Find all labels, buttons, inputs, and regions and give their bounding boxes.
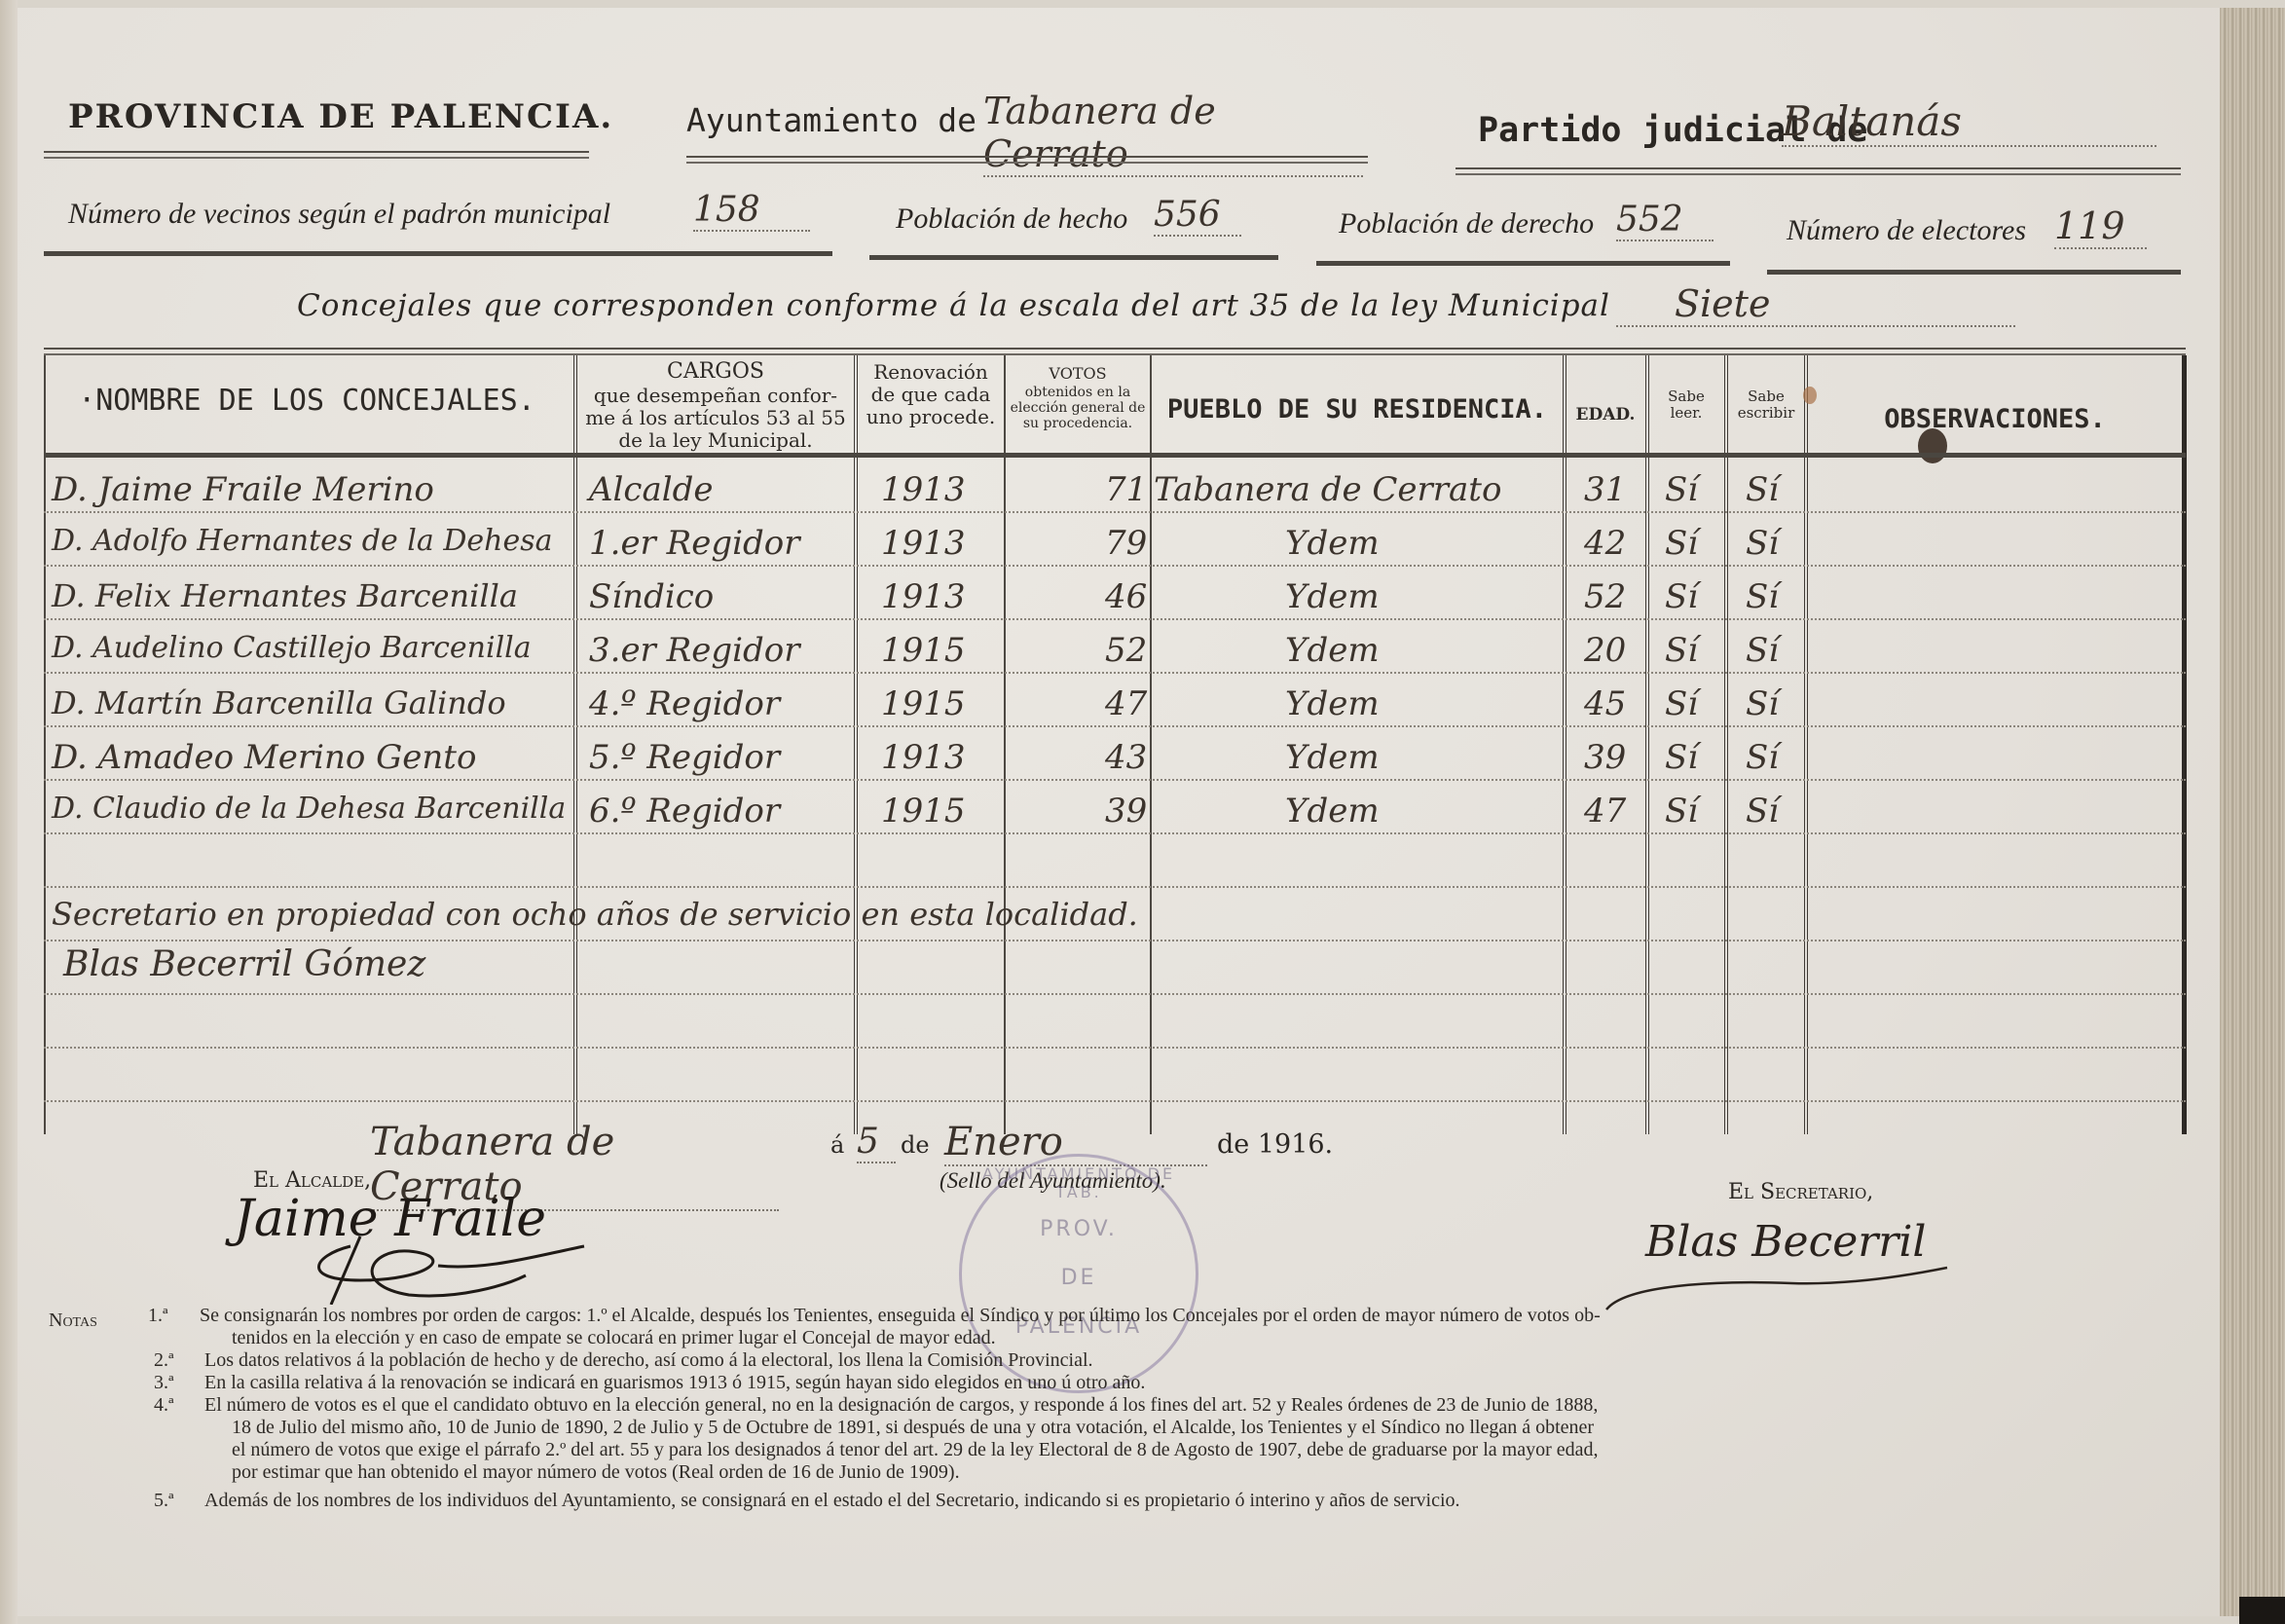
- cell-edad: 39: [1584, 738, 1626, 777]
- col-divider: [573, 355, 577, 1134]
- notes-label: Notas: [49, 1310, 97, 1332]
- cell-renovacion: 1913: [881, 577, 966, 616]
- cell-renovacion: 1913: [881, 738, 966, 777]
- row-separator: [44, 565, 2186, 567]
- cell-escribir: Sí: [1746, 524, 1779, 563]
- cell-renovacion: 1915: [881, 792, 966, 830]
- col-divider: [1150, 355, 1152, 1134]
- note-4-cont-2: el número de votos que exige el párrafo …: [232, 1439, 1599, 1461]
- note-4-cont-1: 18 de Julio del mismo año, 10 de Junio d…: [232, 1417, 1594, 1439]
- note-4: El número de votos es el que el candidat…: [204, 1394, 1598, 1417]
- cell-nombre: D. Martín Barcenilla Galindo: [52, 684, 506, 721]
- cell-cargo: 4.º Regidor: [589, 684, 780, 723]
- col-divider: [1004, 355, 1006, 1134]
- cell-edad: 42: [1584, 524, 1626, 563]
- row-separator: [44, 511, 2186, 513]
- cell-leer: Sí: [1665, 631, 1698, 670]
- stamp-ring-text: AYUNTAMIENTO DE TAB.: [962, 1164, 1196, 1201]
- derecho-rule: [1316, 261, 1730, 266]
- header-sabe-leer: Sabe leer.: [1650, 388, 1722, 423]
- ayuntamiento-rule: [686, 156, 1368, 164]
- cell-pueblo: Ydem: [1285, 524, 1380, 563]
- cell-leer: Sí: [1665, 524, 1698, 563]
- row-separator: [44, 940, 2186, 941]
- cell-votos: 52: [1105, 631, 1147, 670]
- electores-label: Número de electores: [1787, 214, 2026, 247]
- ayuntamiento-label: Ayuntamiento de: [686, 101, 977, 139]
- cell-escribir: Sí: [1746, 577, 1779, 616]
- col-divider: [854, 355, 858, 1134]
- cell-nombre: D. Amadeo Merino Gento: [52, 738, 476, 777]
- cell-cargo: 6.º Regidor: [589, 792, 780, 830]
- secretario-signature: Blas Becerril: [1645, 1217, 1926, 1267]
- electores-value: 119: [2054, 204, 2147, 249]
- cell-renovacion: 1913: [881, 524, 966, 563]
- cell-leer: Sí: [1665, 738, 1698, 777]
- cell-pueblo: Tabanera de Cerrato: [1154, 470, 1501, 509]
- note-3: En la casilla relativa á la renovación s…: [204, 1372, 1145, 1394]
- electores-rule: [1767, 270, 2181, 275]
- derecho-value: 552: [1616, 200, 1714, 241]
- cell-pueblo: Ydem: [1285, 631, 1380, 670]
- vecinos-label: Número de vecinos según el padrón munici…: [68, 198, 610, 231]
- row-separator: [44, 832, 2186, 834]
- cell-edad: 31: [1584, 470, 1626, 509]
- cell-renovacion: 1915: [881, 684, 966, 723]
- cell-votos: 79: [1105, 524, 1147, 563]
- cell-votos: 43: [1105, 738, 1147, 777]
- concejales-label: Concejales que corresponden conforme á l…: [297, 288, 1610, 323]
- hecho-rule: [869, 255, 1278, 260]
- cell-nombre: D. Claudio de la Dehesa Barcenilla: [52, 792, 566, 826]
- secretario-name: Blas Becerril Gómez: [63, 944, 425, 984]
- footer-year: de 1916.: [1217, 1129, 1333, 1160]
- alcalde-rubric-icon: [292, 1227, 701, 1305]
- note-2-number: 2.ª: [154, 1349, 174, 1372]
- cell-nombre: D. Jaime Fraile Merino: [52, 470, 434, 509]
- header-observaciones: OBSERVACIONES.: [1808, 404, 2182, 434]
- row-separator: [44, 1047, 2186, 1049]
- ayuntamiento-value: Tabanera de Cerrato: [983, 90, 1363, 177]
- note-5-number: 5.ª: [154, 1490, 174, 1512]
- header-cargos-sub: que desempeñan confor- me á los artículo…: [579, 385, 852, 452]
- row-separator: [44, 1100, 2186, 1102]
- note-2: Los datos relativos á la población de he…: [204, 1349, 1093, 1372]
- cell-leer: Sí: [1665, 577, 1698, 616]
- header-votos-title: VOTOS: [1008, 365, 1148, 383]
- note-1: Se consignarán los nombres por orden de …: [200, 1305, 1601, 1327]
- note-4-cont-3: por estimar que han obtenido el mayor nú…: [232, 1461, 960, 1484]
- header-renovacion: Renovación de que cada uno procede.: [860, 361, 1002, 428]
- cell-cargo: Alcalde: [589, 470, 714, 509]
- cell-nombre: D. Adolfo Hernantes de la Dehesa: [52, 524, 552, 558]
- header-pueblo: PUEBLO DE SU RESIDENCIA.: [1154, 394, 1561, 424]
- cell-edad: 52: [1584, 577, 1626, 616]
- cell-escribir: Sí: [1746, 738, 1779, 777]
- cell-leer: Sí: [1665, 470, 1698, 509]
- vecinos-value: 158: [693, 190, 810, 232]
- header-cargos-title: CARGOS: [579, 359, 852, 384]
- concejales-value: Siete: [1616, 282, 2015, 327]
- secretario-label: El Secretario,: [1728, 1180, 1873, 1204]
- header-nombre: ·NOMBRE DE LOS CONCEJALES.: [54, 385, 560, 419]
- cell-edad: 20: [1584, 631, 1626, 670]
- col-divider: [1645, 355, 1649, 1134]
- cell-escribir: Sí: [1746, 631, 1779, 670]
- ink-stain: [1803, 387, 1817, 404]
- header-votos-sub: obtenidos en la elección general de su p…: [1008, 385, 1148, 431]
- cell-edad: 47: [1584, 792, 1626, 830]
- col-divider: [1804, 355, 1808, 1134]
- row-separator: [44, 886, 2186, 888]
- cell-votos: 46: [1105, 577, 1147, 616]
- note-1-cont: tenidos en la elección y en caso de empa…: [232, 1327, 996, 1349]
- cell-pueblo: Ydem: [1285, 577, 1380, 616]
- cell-escribir: Sí: [1746, 792, 1779, 830]
- row-separator: [44, 725, 2186, 727]
- book-corner: [2239, 1597, 2285, 1624]
- table-border-left: [44, 355, 46, 1134]
- partido-rule: [1456, 167, 2181, 175]
- hecho-value: 556: [1154, 195, 1241, 237]
- note-3-number: 3.ª: [154, 1372, 174, 1394]
- ink-blot: [1918, 428, 1947, 463]
- cell-nombre: D. Felix Hernantes Barcenilla: [52, 577, 518, 614]
- table-border-right: [2182, 355, 2187, 1134]
- province-title: PROVINCIA DE PALENCIA.: [68, 97, 613, 136]
- cell-cargo: 3.er Regidor: [589, 631, 799, 670]
- cell-edad: 45: [1584, 684, 1626, 723]
- col-divider: [1724, 355, 1728, 1134]
- row-separator: [44, 993, 2186, 995]
- cell-votos: 47: [1105, 684, 1147, 723]
- partido-value: Baltanás: [1782, 97, 2156, 147]
- header-sabe-escribir: Sabe escribir: [1729, 388, 1803, 423]
- secretario-note: Secretario en propiedad con ocho años de…: [52, 896, 1138, 933]
- footer-day: 5: [857, 1122, 896, 1163]
- footer-de: de: [901, 1131, 930, 1159]
- col-divider: [1563, 355, 1566, 1134]
- cell-renovacion: 1913: [881, 470, 966, 509]
- cell-escribir: Sí: [1746, 684, 1779, 723]
- derecho-label: Población de derecho: [1339, 207, 1594, 240]
- table-top-rule: [44, 348, 2186, 355]
- cell-escribir: Sí: [1746, 470, 1779, 509]
- header-bottom-rule: [44, 453, 2186, 458]
- stamp-line-2: DE: [962, 1266, 1196, 1290]
- book-page-edges: [2220, 8, 2285, 1616]
- cell-cargo: 5.º Regidor: [589, 738, 780, 777]
- row-separator: [44, 672, 2186, 674]
- secretario-rubric-icon: [1597, 1266, 1967, 1314]
- concejales-table: ·NOMBRE DE LOS CONCEJALES. CARGOS que de…: [44, 355, 2186, 1134]
- cell-nombre: D. Audelino Castillejo Barcenilla: [52, 631, 532, 665]
- stamp-line-1: PROV.: [962, 1217, 1196, 1241]
- cell-votos: 71: [1105, 470, 1147, 509]
- hecho-label: Población de hecho: [896, 203, 1127, 236]
- page-left-edge: [0, 0, 18, 1624]
- header-edad: EDAD.: [1566, 406, 1644, 425]
- province-rule: [44, 151, 589, 159]
- row-separator: [44, 779, 2186, 781]
- note-1-number: 1.ª: [148, 1305, 168, 1327]
- note-5: Además de los nombres de los individuos …: [204, 1490, 1460, 1512]
- vecinos-rule: [44, 251, 832, 256]
- note-4-number: 4.ª: [154, 1394, 174, 1417]
- cell-cargo: Síndico: [589, 577, 714, 616]
- row-separator: [44, 618, 2186, 620]
- cell-pueblo: Ydem: [1285, 738, 1380, 777]
- footer-a: á: [830, 1131, 844, 1159]
- cell-leer: Sí: [1665, 684, 1698, 723]
- cell-renovacion: 1915: [881, 631, 966, 670]
- cell-pueblo: Ydem: [1285, 792, 1380, 830]
- cell-votos: 39: [1105, 792, 1147, 830]
- cell-pueblo: Ydem: [1285, 684, 1380, 723]
- cell-leer: Sí: [1665, 792, 1698, 830]
- cell-cargo: 1.er Regidor: [589, 524, 799, 563]
